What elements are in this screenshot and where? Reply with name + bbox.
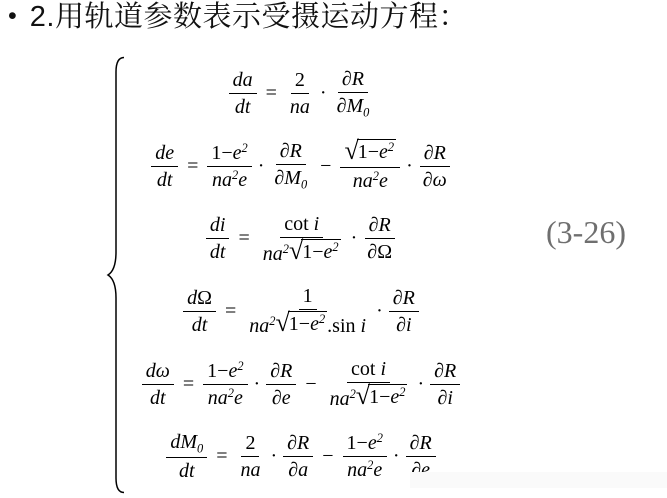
fraction: dωdt <box>142 359 174 410</box>
sqrt: √1−e2 <box>289 239 341 265</box>
fraction-numerator: ∂R <box>430 359 460 385</box>
fraction-numerator: 1−e2 <box>343 431 387 457</box>
math-var: e <box>390 386 399 408</box>
math-var: e <box>379 141 388 163</box>
math-text: cot <box>351 358 380 380</box>
subscript: 0 <box>197 441 203 455</box>
fraction-denominator: na2e <box>208 167 251 192</box>
operator: · <box>376 300 383 323</box>
fraction-denominator: dt <box>188 312 212 337</box>
math-var: ∂R <box>393 287 415 309</box>
fraction-denominator: ∂ω <box>419 167 451 192</box>
math-text: 1− <box>347 432 368 454</box>
math-var: i <box>380 358 386 380</box>
math-var: e <box>233 142 242 164</box>
fraction: ∂R∂Ω <box>363 213 396 264</box>
superscript: 2 <box>319 313 325 327</box>
fraction-denominator: na2√1−e2 <box>259 238 345 266</box>
math-var: e <box>238 169 247 191</box>
equation-row: dΩdt=1na2√1−e2.sin i·∂R∂i <box>128 275 474 348</box>
superscript: 2 <box>399 385 405 399</box>
fraction-denominator: ∂M0 <box>270 165 311 192</box>
fraction-denominator: na2e <box>343 457 386 482</box>
math-var: ∂M <box>274 167 301 189</box>
fraction: dM0dt <box>166 430 207 483</box>
math-var: ∂R <box>410 432 432 454</box>
fraction-numerator: dω <box>142 359 174 385</box>
math-var: dM <box>170 431 197 453</box>
sqrt: √1−e2 <box>356 384 408 410</box>
fraction-denominator: dt <box>146 385 170 410</box>
fraction: ∂R∂M0 <box>270 139 311 192</box>
math-var: ∂ <box>367 241 377 263</box>
fraction: ∂R∂a <box>283 431 313 482</box>
fraction: 2na <box>286 68 314 119</box>
math-var: e <box>310 313 319 335</box>
math-text: 1− <box>358 141 379 163</box>
fraction: 1−e2na2e <box>203 359 247 410</box>
math-var: i <box>361 315 367 337</box>
math-var: ∂i <box>396 314 411 336</box>
superscript: 2 <box>242 141 248 155</box>
bullet-icon: • <box>8 0 17 33</box>
fraction: dedt <box>151 141 178 192</box>
fraction-numerator: da <box>229 68 257 94</box>
fraction-numerator: cot i <box>347 357 390 383</box>
math-var: na <box>212 169 232 191</box>
superscript: 2 <box>237 359 243 373</box>
fraction: dΩdt <box>183 286 216 337</box>
operator: · <box>406 155 413 178</box>
fraction-denominator: ∂M0 <box>333 93 374 120</box>
math-var: ∂R <box>342 68 364 90</box>
math-var: da <box>233 69 253 91</box>
sqrt: √1−e2 <box>276 311 328 337</box>
fraction-numerator: 1−e2 <box>207 141 251 167</box>
math-var: e <box>234 387 243 409</box>
left-brace-icon <box>104 56 126 498</box>
equation-number: (3-26) <box>546 214 626 251</box>
math-var: dt <box>235 96 251 118</box>
equation-row: dωdt=1−e2na2e·∂R∂e−cot ina2√1−e2·∂R∂i <box>128 348 474 421</box>
operator: = <box>183 373 194 396</box>
operator: · <box>417 373 424 396</box>
sqrt: √1−e2 <box>344 139 396 165</box>
operator: = <box>238 227 249 250</box>
fraction-denominator: ∂Ω <box>363 239 396 264</box>
fraction: 1na2√1−e2.sin i <box>245 284 370 338</box>
fraction-denominator: ∂a <box>284 457 312 482</box>
fraction-numerator: 2 <box>291 68 309 94</box>
math-text: 1− <box>289 313 310 335</box>
superscript: 2 <box>388 140 394 154</box>
fraction-denominator: dt <box>231 94 255 119</box>
fraction: dadt <box>229 68 257 119</box>
operator: · <box>258 155 265 178</box>
radical-sign: √ <box>289 238 303 264</box>
operator: − <box>322 445 333 468</box>
radical-sign: √ <box>344 138 358 164</box>
math-var: dt <box>210 241 226 263</box>
operator: · <box>351 227 358 250</box>
radical-body: 1−e2 <box>301 239 340 264</box>
math-text: 1− <box>211 142 232 164</box>
math-var: ∂M <box>337 95 364 117</box>
radical-body: 1−e2 <box>368 384 407 409</box>
equation-row: dadt=2na·∂R∂M0 <box>128 57 474 130</box>
fraction: 1−e2na2e <box>207 141 251 192</box>
operator: = <box>225 300 236 323</box>
superscript: 2 <box>377 431 383 445</box>
operator: · <box>254 373 261 396</box>
math-var: e <box>379 170 388 192</box>
math-var: dt <box>157 169 173 191</box>
fraction-numerator: ∂R <box>283 431 313 457</box>
math-var: ∂R <box>280 140 302 162</box>
fraction-denominator: na2e <box>204 385 247 410</box>
math-text: Ω <box>377 241 392 263</box>
math-var: dt <box>179 460 195 482</box>
operator: − <box>305 373 316 396</box>
math-var: na <box>347 459 367 481</box>
subscript: 0 <box>301 178 307 192</box>
fraction-numerator: ∂R <box>338 67 368 93</box>
fraction: ∂R∂ω <box>419 141 451 192</box>
math-text: 1− <box>369 386 390 408</box>
math-var: na <box>249 315 269 337</box>
math-text: 1− <box>302 241 323 263</box>
operator: = <box>216 445 227 468</box>
fraction-numerator: 2 <box>241 431 259 457</box>
math-var: e <box>368 432 377 454</box>
equation-row: didt=cot ina2√1−e2·∂R∂Ω <box>128 202 474 275</box>
fraction: cot ina2√1−e2 <box>259 212 345 266</box>
math-var: de <box>155 142 174 164</box>
math-var: ∂R <box>369 214 391 236</box>
fraction-denominator: dt <box>175 458 199 483</box>
radical-sign: √ <box>356 383 370 409</box>
fraction: didt <box>206 213 230 264</box>
math-text: 1 <box>303 285 313 307</box>
equation-row: dedt=1−e2na2e·∂R∂M0−√1−e2na2e·∂R∂ω <box>128 130 474 203</box>
math-text: Ω <box>197 287 212 309</box>
math-var: e <box>373 459 382 481</box>
radical-body: 1−e2 <box>357 139 396 164</box>
math-var: ∂R <box>287 432 309 454</box>
equation-rows: dadt=2na·∂R∂M0dedt=1−e2na2e·∂R∂M0−√1−e2n… <box>128 57 474 493</box>
math-var: i <box>314 213 320 235</box>
fraction-numerator: di <box>206 213 230 239</box>
fraction-denominator: ∂i <box>433 385 456 410</box>
fraction-numerator: dΩ <box>183 286 216 312</box>
fraction-denominator: na2e <box>349 168 392 193</box>
operator: = <box>266 82 277 105</box>
math-var: na <box>353 170 373 192</box>
fraction-numerator: ∂R <box>389 286 419 312</box>
slide-edge-shadow <box>410 472 667 488</box>
fraction-numerator: de <box>151 141 178 167</box>
radical-sign: √ <box>276 310 290 336</box>
slide: • 2.用轨道参数表示受摄运动方程： dadt=2na·∂R∂M0dedt=1−… <box>0 0 667 498</box>
math-var: ∂e <box>272 387 291 409</box>
operator: − <box>320 155 331 178</box>
math-var: ∂R <box>424 142 446 164</box>
math-var: ∂R <box>270 360 292 382</box>
fraction-numerator: ∂R <box>266 359 296 385</box>
fraction-numerator: 1−e2 <box>203 359 247 385</box>
slide-title: • 2.用轨道参数表示受摄运动方程： <box>8 0 468 34</box>
subscript: 0 <box>363 105 369 119</box>
math-text: 1− <box>207 360 228 382</box>
math-var: d <box>187 287 197 309</box>
math-var: dt <box>192 314 208 336</box>
fraction: ∂R∂M0 <box>333 67 374 120</box>
operator: · <box>270 445 277 468</box>
fraction-denominator: dt <box>206 239 230 264</box>
fraction: cot ina2√1−e2 <box>326 357 412 411</box>
operator: · <box>393 445 400 468</box>
fraction: √1−e2na2e <box>340 139 400 193</box>
fraction-denominator: ∂i <box>392 312 415 337</box>
math-text: .sin <box>327 315 360 337</box>
math-var: na <box>240 459 260 481</box>
fraction: 1−e2na2e <box>343 431 387 482</box>
fraction-denominator: na2√1−e2.sin i <box>245 310 370 338</box>
title-text: 2.用轨道参数表示受摄运动方程： <box>30 0 468 34</box>
radical-body: 1−e2 <box>288 311 327 336</box>
fraction: ∂R∂e <box>266 359 296 410</box>
fraction-denominator: ∂e <box>268 385 295 410</box>
math-var: ∂i <box>437 387 452 409</box>
math-text: cot <box>284 213 313 235</box>
math-var: ∂ω <box>423 169 447 191</box>
superscript: 2 <box>332 240 338 254</box>
fraction-numerator: √1−e2 <box>340 139 400 168</box>
fraction-denominator: na2√1−e2 <box>326 383 412 411</box>
fraction: ∂R∂i <box>430 359 460 410</box>
fraction-numerator: ∂R <box>420 141 450 167</box>
fraction-numerator: 1 <box>299 284 317 310</box>
math-var: na <box>290 96 310 118</box>
fraction-numerator: dM0 <box>166 430 207 458</box>
math-var: dω <box>146 360 170 382</box>
math-var: na <box>330 388 350 410</box>
math-var: e <box>228 360 237 382</box>
math-var: na <box>263 243 283 265</box>
math-var: na <box>208 387 228 409</box>
fraction: 2na <box>236 431 264 482</box>
math-text: 2 <box>245 432 255 454</box>
operator: · <box>320 82 327 105</box>
operator: = <box>187 155 198 178</box>
math-var: ∂a <box>288 459 308 481</box>
fraction-denominator: na <box>236 457 264 482</box>
fraction: ∂R∂i <box>389 286 419 337</box>
fraction-denominator: na <box>286 94 314 119</box>
fraction-numerator: ∂R <box>365 213 395 239</box>
math-text: 2 <box>295 69 305 91</box>
math-var: dt <box>150 387 166 409</box>
fraction-denominator: dt <box>153 167 177 192</box>
fraction-numerator: ∂R <box>406 431 436 457</box>
math-var: ∂R <box>434 360 456 382</box>
fraction-numerator: cot i <box>280 212 323 238</box>
fraction-numerator: ∂R <box>276 139 306 165</box>
math-var: di <box>210 214 226 236</box>
